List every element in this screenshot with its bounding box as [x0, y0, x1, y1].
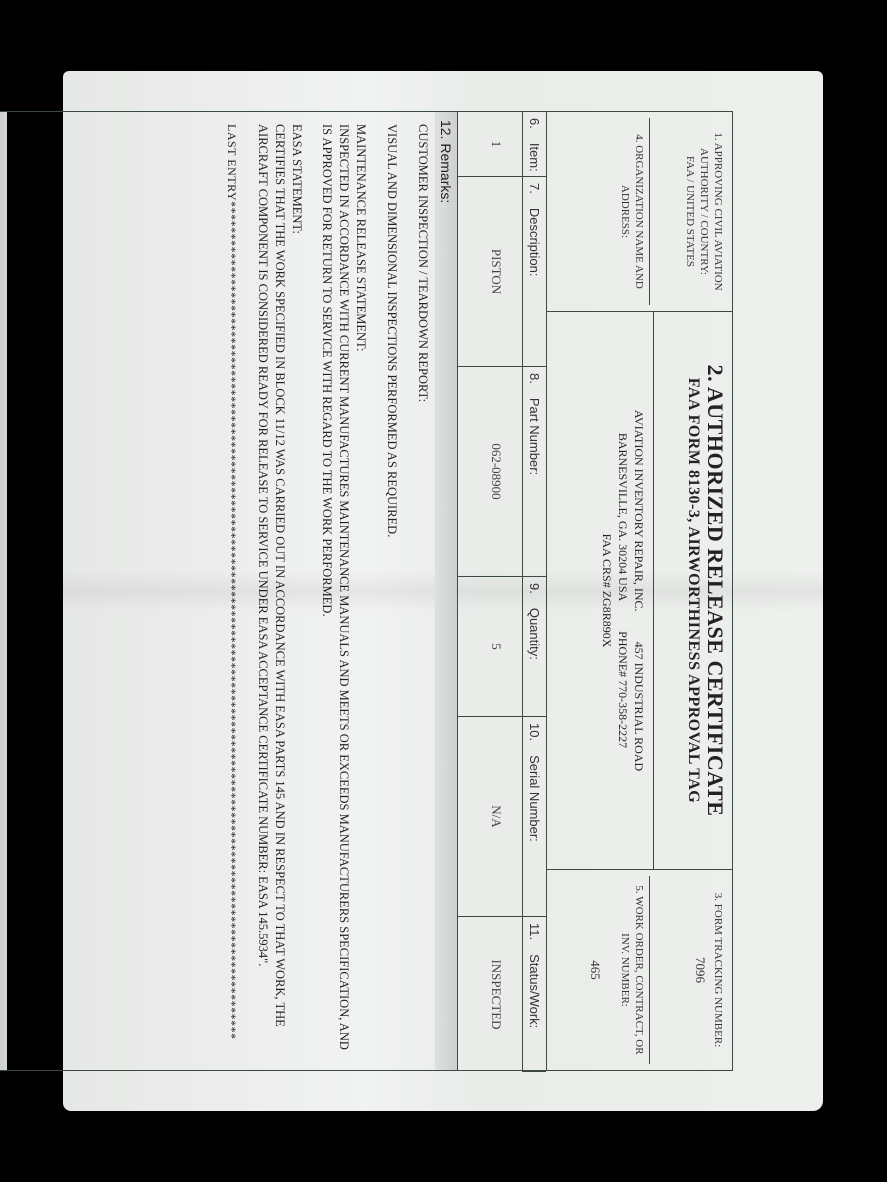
teardown-report-title: CUSTOMER INSPECTION / TEARDOWN REPORT: — [414, 124, 431, 1058]
block-3-value: 7096 — [692, 876, 708, 1064]
header-item-label: Item: — [527, 143, 542, 172]
block-4-org-label: 4. ORGANIZATION NAME AND ADDRESS: — [551, 118, 650, 305]
release-certificate-paper: 1. APPROVING CIVIL AVIATION AUTHORITY / … — [63, 71, 823, 1111]
maintenance-release-title: MAINTENANCE RELEASE STATEMENT: — [352, 124, 369, 1058]
block-1-label: 1. APPROVING CIVIL AVIATION AUTHORITY / … — [697, 118, 725, 305]
header-status-num: 11. — [527, 923, 542, 940]
block-2-title: 2. AUTHORIZED RELEASE CERTIFICATE FAA FO… — [654, 312, 732, 869]
block-4-label: 4. ORGANIZATION NAME AND ADDRESS: — [618, 118, 646, 305]
header-item-num: 6. — [527, 118, 542, 129]
org-crs: FAA CRS# ZG8R890X — [598, 312, 614, 869]
block-3-label: 3. FORM TRACKING NUMBER: — [710, 876, 724, 1064]
easa-statement-text: CERTIFIES THAT THE WORK SPECIFIED IN BLO… — [254, 124, 288, 1058]
org-name: AVIATION INVENTORY REPAIR, INC. — [631, 410, 647, 612]
remarks-shade-bar — [0, 112, 7, 1070]
block-3-tracking: 3. FORM TRACKING NUMBER: 7096 — [650, 876, 728, 1064]
remarks-body: CUSTOMER INSPECTION / TEARDOWN REPORT: V… — [220, 112, 435, 1070]
header-part-number-label: Part Number: — [527, 398, 542, 475]
org-street: 457 INDUSTRIAL ROAD — [631, 642, 647, 772]
row-description: PISTON — [458, 177, 522, 367]
block-1-value: FAA / UNITED STATES — [683, 118, 697, 305]
header-description-label: Description: — [527, 208, 542, 277]
header-quantity: 9.Quantity: — [522, 577, 546, 717]
header-item: 6.Item: — [522, 112, 546, 177]
header-quantity-num: 9. — [527, 583, 542, 594]
row-quantity: 5 — [458, 577, 522, 717]
header-left-column: 1. APPROVING CIVIL AVIATION AUTHORITY / … — [547, 112, 732, 312]
header-right-column: 3. FORM TRACKING NUMBER: 7096 5. WORK OR… — [547, 870, 732, 1070]
header-status: 11.Status/Work: — [522, 917, 546, 1072]
row-part-number: 062-08900 — [458, 367, 522, 577]
header-description: 7.Description: — [522, 177, 546, 367]
header-part-number-num: 8. — [527, 373, 542, 384]
header-serial-number: 10.Serial Number: — [522, 717, 546, 917]
header-serial-number-num: 10. — [527, 723, 542, 741]
row-item: 1 — [458, 112, 522, 177]
block-5-value: 465 — [587, 876, 603, 1064]
org-city: BARNESVILLE, GA. 30204 USA — [615, 433, 631, 601]
form-header: 1. APPROVING CIVIL AVIATION AUTHORITY / … — [546, 111, 733, 1071]
remarks-block: 12. Remarks: CUSTOMER INSPECTION / TEARD… — [0, 111, 457, 1071]
easa-statement: EASA STATEMENT: CERTIFIES THAT THE WORK … — [254, 124, 305, 1058]
header-center-column: 2. AUTHORIZED RELEASE CERTIFICATE FAA FO… — [547, 312, 732, 870]
easa-statement-title: EASA STATEMENT: — [288, 124, 305, 1058]
maintenance-release-text: INSPECTED IN ACCORDANCE WITH CURRENT MAN… — [319, 124, 353, 1058]
row-serial-number: N/A — [458, 717, 522, 917]
block-5-label: 5. WORK ORDER, CONTRACT, OR INV. NUMBER: — [618, 876, 646, 1064]
form-title: 2. AUTHORIZED RELEASE CERTIFICATE — [702, 312, 728, 869]
last-entry-marker: LAST ENTRY******************************… — [224, 124, 240, 1058]
header-description-num: 7. — [527, 183, 542, 194]
header-status-label: Status/Work: — [527, 954, 542, 1028]
org-phone: PHONE# 770-358-2227 — [615, 631, 631, 748]
block-5-work-order: 5. WORK ORDER, CONTRACT, OR INV. NUMBER:… — [551, 876, 650, 1064]
form-subtitle: FAA FORM 8130-3, AIRWORTHINESS APPROVAL … — [684, 312, 702, 869]
remarks-label: 12. Remarks: — [435, 112, 457, 1070]
teardown-report: CUSTOMER INSPECTION / TEARDOWN REPORT: — [414, 124, 431, 1058]
row-status: INSPECTED — [458, 917, 522, 1072]
header-part-number: 8.Part Number: — [522, 367, 546, 577]
block-1-approving-authority: 1. APPROVING CIVIL AVIATION AUTHORITY / … — [650, 118, 728, 305]
faa-form-8130-3: 1. APPROVING CIVIL AVIATION AUTHORITY / … — [0, 111, 733, 1071]
header-quantity-label: Quantity: — [527, 608, 542, 660]
header-serial-number-label: Serial Number: — [527, 755, 542, 842]
maintenance-release-statement: MAINTENANCE RELEASE STATEMENT: INSPECTED… — [319, 124, 370, 1058]
items-table: 6.Item: 7.Description: 8.Part Number: 9.… — [457, 111, 546, 1071]
teardown-report-text: VISUAL AND DIMENSIONAL INSPECTIONS PERFO… — [383, 124, 400, 1058]
block-4-organization: AVIATION INVENTORY REPAIR, INC. 457 INDU… — [553, 312, 654, 869]
